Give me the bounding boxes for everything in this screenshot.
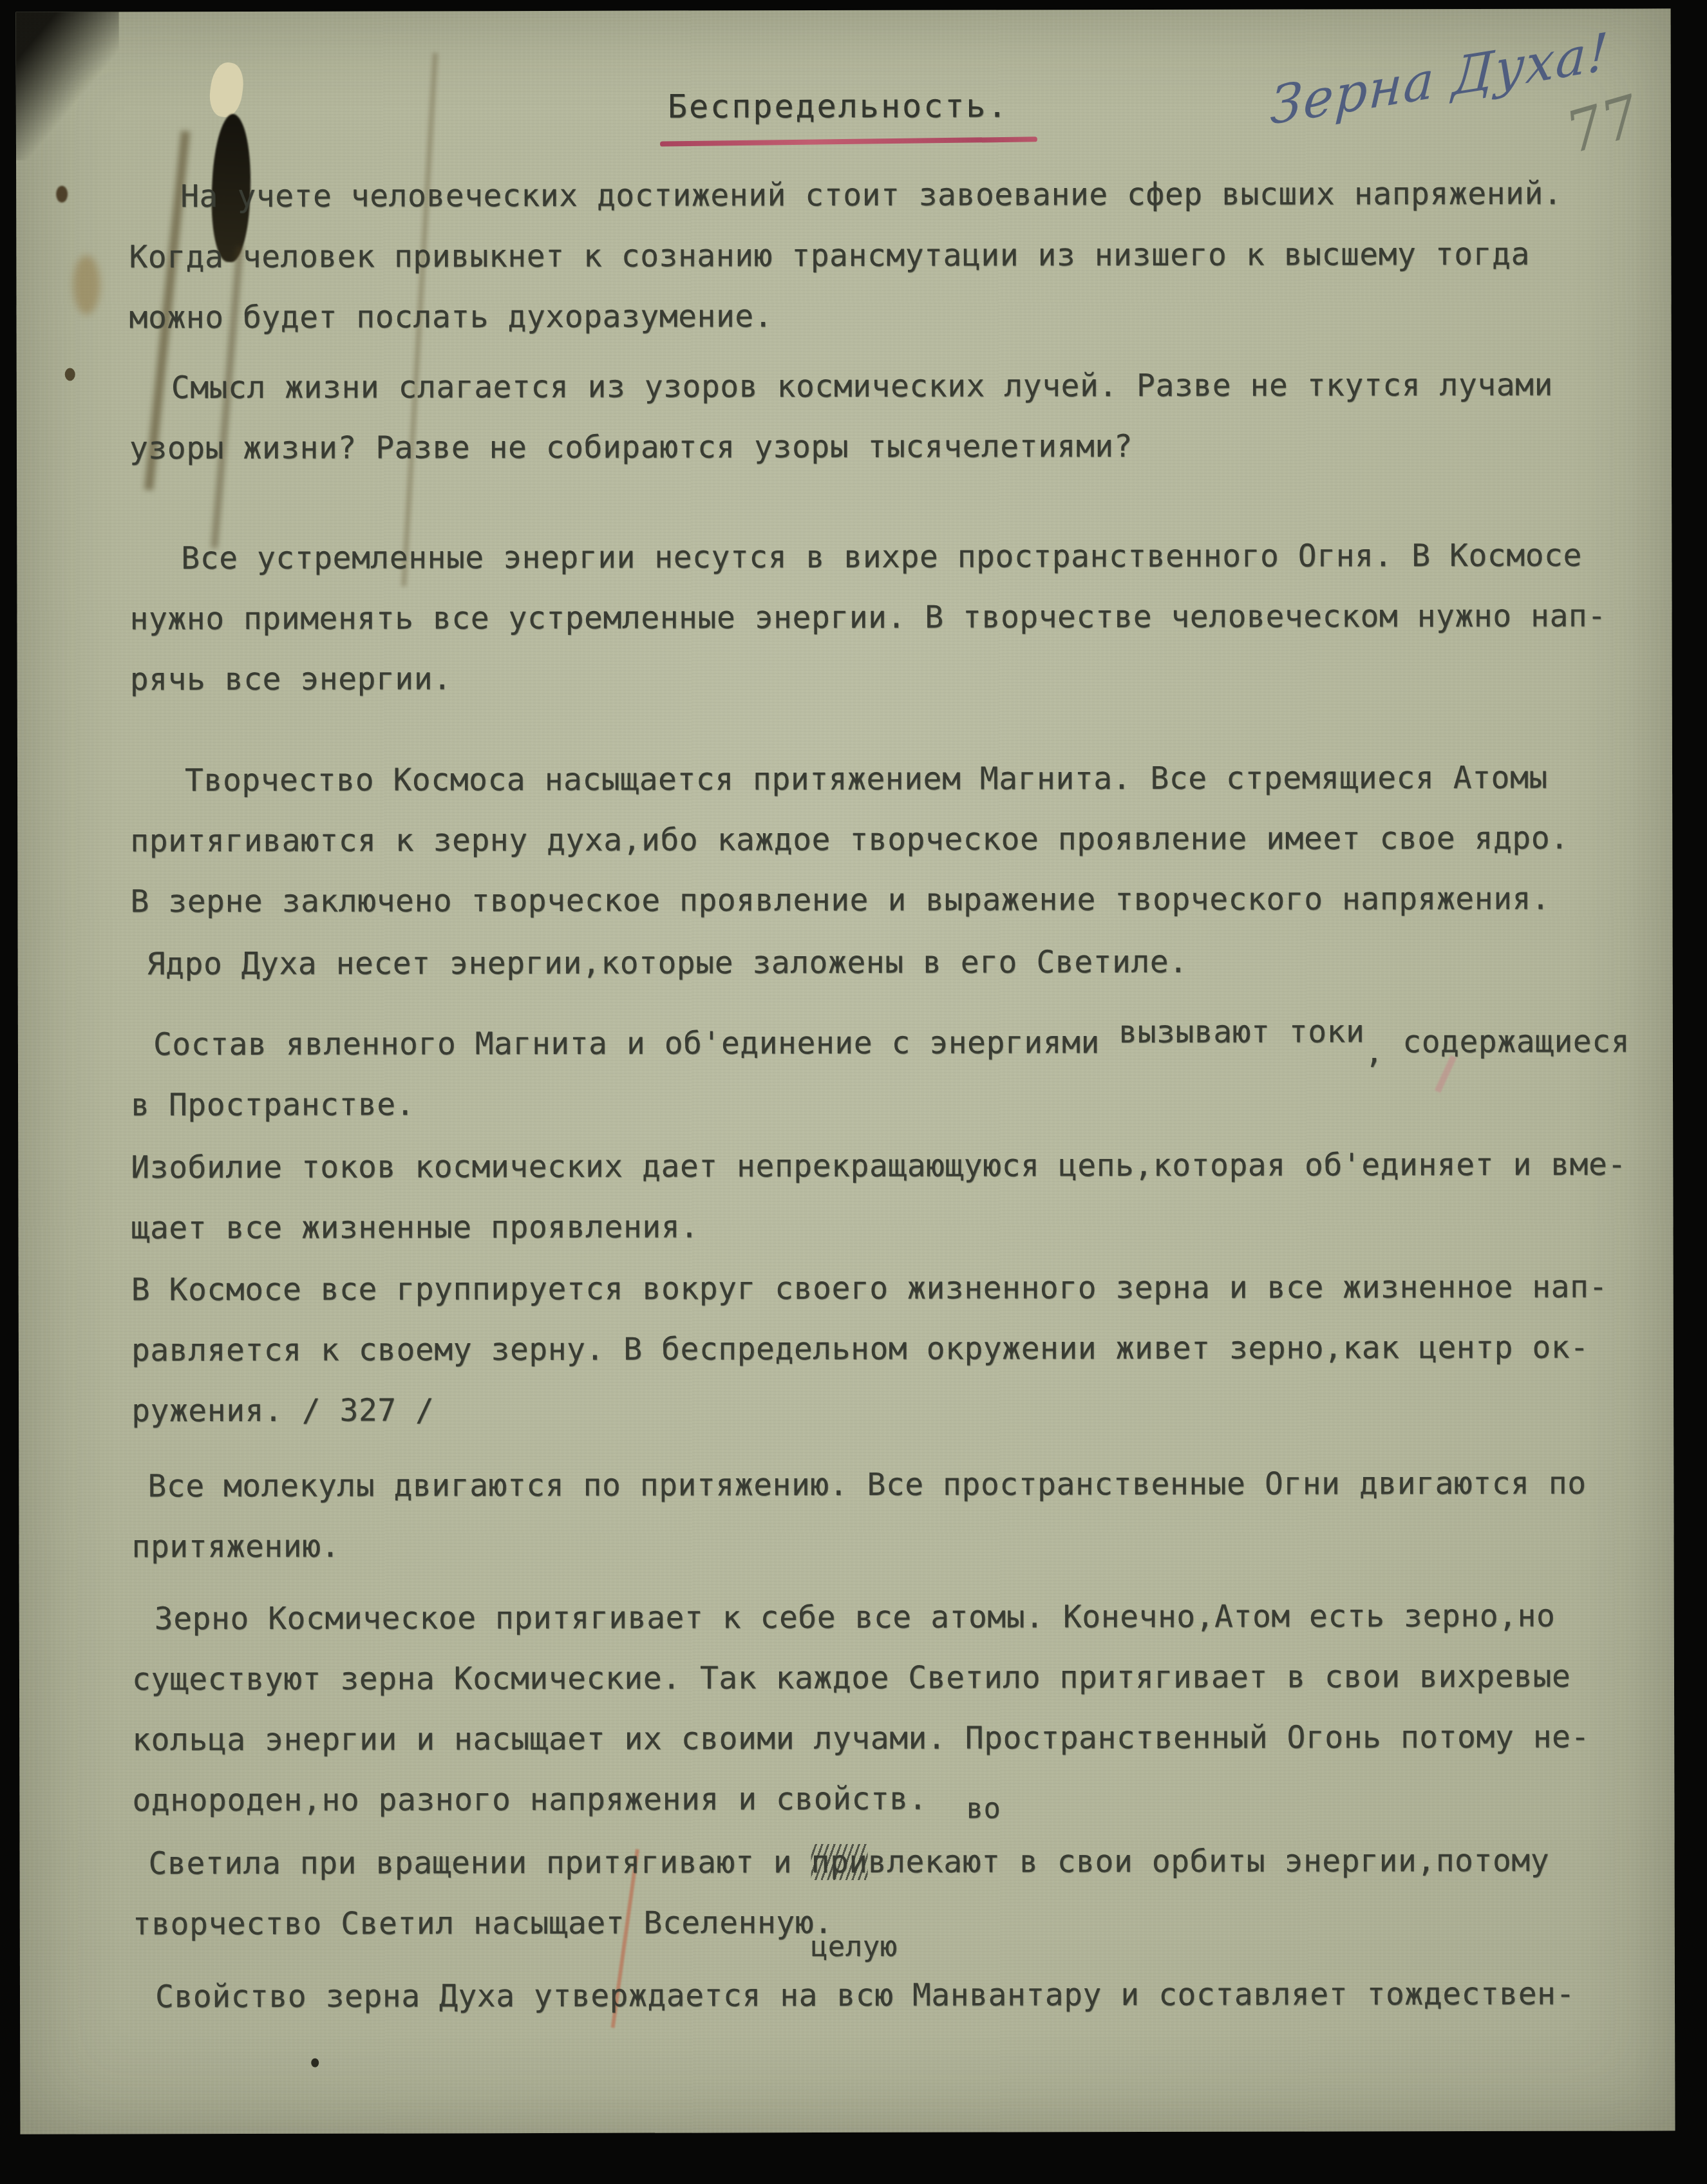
paragraph-izobilie: Изобилие токов космических дает непрекра…	[131, 1134, 1641, 1258]
typed-segment: Состав явленного Магнита и об'единение с…	[153, 1024, 1118, 1062]
typed-line: Изобилие токов космических дает непрекра…	[131, 1134, 1641, 1198]
typed-segment-raised: вызывают токи	[1118, 1013, 1364, 1050]
typed-line: равляется к своему зерну. В беспредельно…	[131, 1317, 1641, 1380]
spot-stain	[311, 2058, 319, 2067]
typed-line: в Пространстве.	[131, 1071, 1641, 1135]
paper-sheet: Беспредельность. Зерна Духа! 77 На учете…	[16, 8, 1675, 2134]
typed-segment: Свойство зерна Духа утверждается на	[155, 1977, 836, 2015]
line-svoistvo: Свойство зерна Духа утверждается на всю …	[133, 1963, 1643, 2027]
typed-line: Все устремленные энергии несутся в вихре…	[129, 525, 1639, 588]
typed-line: существуют зерна Космические. Так каждое…	[132, 1646, 1642, 1709]
line-svetila: Светила при вращении притягивают и привл…	[132, 1830, 1642, 1894]
typed-line: щает все жизненные проявления.	[131, 1194, 1641, 1258]
paragraph-energii: Все устремленные энергии несутся в вихре…	[129, 525, 1640, 710]
typed-line: Все молекулы двигаются по притяжению. Вс…	[131, 1453, 1641, 1516]
paragraph-molekuly: Все молекулы двигаются по притяжению. Вс…	[131, 1453, 1641, 1577]
paragraph-zerno: Зерно Космическое притягивает к себе все…	[132, 1585, 1643, 1831]
paper-chip-stain	[207, 61, 246, 119]
title-underline	[660, 136, 1037, 146]
paragraph-tvorchestvo: Творчество Космоса насыщается притяжение…	[130, 747, 1641, 932]
typed-line: узоры жизни? Разве не собираются узоры т…	[129, 415, 1639, 478]
typed-line: Когда человек привыкнет к сознанию транс…	[129, 223, 1639, 287]
typed-segment: и составляет тождествен-	[1102, 1976, 1575, 2013]
smudge-stain	[73, 255, 100, 314]
typed-line: Светила при вращении притягивают и привл…	[132, 1830, 1642, 1894]
typed-comma-below: ,	[1364, 1034, 1384, 1070]
page-title: Беспредельность.	[668, 87, 1009, 125]
typed-line: нужно применять все устремленные энергии…	[129, 585, 1639, 649]
typed-segment: содержащиеся	[1384, 1023, 1630, 1060]
line-sostav: Состав явленного Магнита и об'единение с…	[131, 1011, 1641, 1075]
typed-segment: влекают в свои орбиты энергии,потому	[868, 1843, 1549, 1880]
handwritten-note: Зерна Духа!	[1269, 21, 1611, 136]
typed-insert-above: целую	[811, 1930, 898, 1963]
typed-insert-above: во	[966, 1792, 1001, 1825]
typed-line: Зерно Космическое притягивает к себе все…	[132, 1585, 1642, 1649]
typed-line: Состав явленного Магнита и об'единение с…	[131, 1011, 1641, 1075]
typed-line: На учете человеческих достижений стоит з…	[129, 163, 1639, 227]
typed-segment: всю Манвантару	[836, 1977, 1102, 2013]
typed-segment-struck: при	[811, 1844, 867, 1880]
page-number: 77	[1559, 82, 1646, 166]
spot-stain	[65, 368, 75, 381]
typed-line: В Космосе все группируется вокруг своего…	[131, 1256, 1641, 1320]
typed-line: притяжению.	[131, 1513, 1641, 1577]
typed-segment: Светила при вращении притягивают и	[149, 1844, 811, 1881]
typed-line: можно будет послать духоразумение.	[129, 284, 1639, 348]
paragraph-v-kosmose: В Космосе все группируется вокруг своего…	[131, 1256, 1642, 1441]
typed-line: В зерне заключено творческое проявление …	[130, 868, 1640, 932]
corner-shadow-stain	[16, 12, 119, 160]
paragraph-v-prostranstve: в Пространстве.	[131, 1071, 1641, 1135]
typed-line: рячь все энергии.	[130, 646, 1640, 710]
typed-line: Смысл жизни слагается из узоров космичес…	[129, 354, 1639, 418]
typed-line: Ядро Духа несет энергии,которые заложены…	[131, 930, 1641, 994]
typed-line: однороден,но разного напряжения и свойст…	[132, 1767, 1642, 1831]
typed-line: Свойство зерна Духа утверждается на всю …	[133, 1963, 1643, 2027]
typed-line: Творчество Космоса насыщается притяжение…	[130, 747, 1640, 811]
paragraph-uchet: На учете человеческих достижений стоит з…	[129, 163, 1639, 348]
paragraph-smysl: Смысл жизни слагается из узоров космичес…	[129, 354, 1639, 478]
spot-stain	[56, 186, 68, 203]
typed-line: кольца энергии и насыщает их своими луча…	[132, 1706, 1642, 1770]
paragraph-yadro: Ядро Духа несет энергии,которые заложены…	[131, 930, 1641, 994]
typed-line: ружения. / 327 /	[131, 1377, 1641, 1441]
typed-line: притягиваются к зерну духа,ибо каждое тв…	[130, 807, 1640, 871]
scanned-typewritten-page: { "page": { "title": "Беспредельность.",…	[0, 0, 1707, 2184]
